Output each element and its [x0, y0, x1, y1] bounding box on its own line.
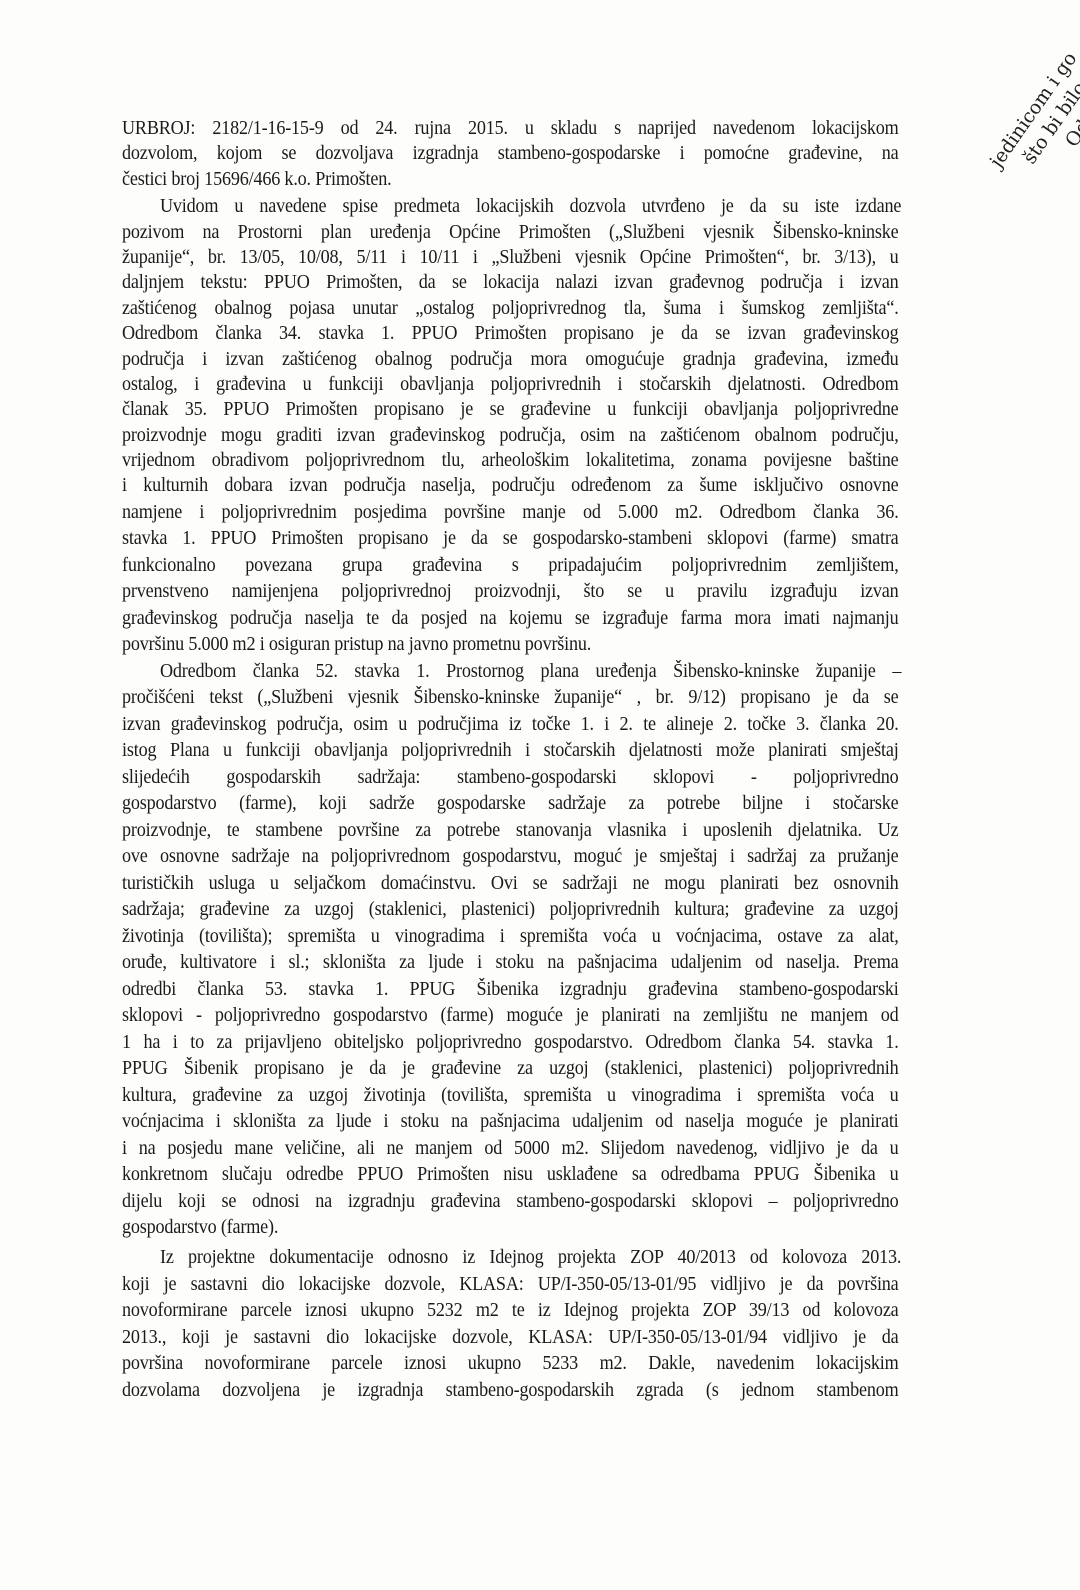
document-line: vrijednom obradivom poljoprivrednom tlu,…	[122, 450, 899, 472]
document-line: namjene i poljoprivrednim posjedima povr…	[122, 502, 899, 524]
document-line: oruđe, kultivatore i sl.; skloništa za l…	[122, 952, 899, 974]
document-line: Iz projektne dokumentacije odnosno iz Id…	[160, 1247, 901, 1269]
document-line: pozivom na Prostorni plan uređenja Općin…	[122, 222, 899, 244]
document-line: proizvodnje, te stambene površine za pot…	[122, 820, 899, 842]
document-line: proizvodnje mogu graditi izvan građevins…	[122, 425, 899, 447]
document-line: PPUG Šibenik propisano je da je građevin…	[122, 1058, 899, 1080]
document-line: voćnjacima i skloništa za ljude i stoku …	[122, 1111, 899, 1133]
document-line: članak 35. PPUO Primošten propisano je s…	[122, 399, 899, 421]
document-line: građevinskog područja naselja te da posj…	[122, 608, 899, 630]
document-line: 1 ha i to za prijavljeno obiteljsko polj…	[122, 1032, 899, 1054]
document-line: površinu 5.000 m2 i osiguran pristup na …	[122, 634, 899, 656]
document-line: kultura, građevine za uzgoj životinja (t…	[122, 1085, 899, 1107]
document-line: slijedećih gospodarskih sadržaja: stambe…	[122, 767, 899, 789]
document-line: novoformirane parcele iznosi ukupno 5232…	[122, 1300, 899, 1322]
document-line: konkretnom slučaju odredbe PPUO Primošte…	[122, 1164, 899, 1186]
document-line: URBROJ: 2182/1-16-15-9 od 24. rujna 2015…	[122, 118, 899, 140]
document-line: dozvolom, kojom se dozvoljava izgradnja …	[122, 143, 899, 165]
document-line: Odredbom članka 52. stavka 1. Prostornog…	[160, 661, 901, 683]
document-line: pročišćeni tekst („Službeni vjesnik Šibe…	[122, 687, 899, 709]
document-line: ostalog, i građevina u funkciji obavljan…	[122, 374, 899, 396]
document-line: površina novoformirane parcele iznosi uk…	[122, 1353, 899, 1375]
document-line: daljnjem tekstu: PPUO Primošten, da se l…	[122, 272, 899, 294]
document-line: dozvolama dozvoljena je izgradnja stambe…	[122, 1380, 899, 1402]
document-line: sadržaja; građevine za uzgoj (staklenici…	[122, 899, 899, 921]
document-line: prvenstveno namijenjena poljoprivrednoj …	[122, 581, 899, 603]
document-line: područja i izvan zaštićenog obalnog podr…	[122, 349, 899, 371]
document-line: životinja (tovilišta); spremišta u vinog…	[122, 926, 899, 948]
document-line: i na posjedu mane veličine, ali ne manje…	[122, 1138, 899, 1160]
document-line: Odredbom članka 34. stavka 1. PPUO Primo…	[122, 323, 899, 345]
document-line: Uvidom u navedene spise predmeta lokacij…	[160, 196, 901, 218]
document-line: stavka 1. PPUO Primošten propisano je da…	[122, 528, 899, 550]
document-line: odredbi članka 53. stavka 1. PPUG Šibeni…	[122, 979, 899, 1001]
document-line: dijelu koji se odnosi na izgradnju građe…	[122, 1191, 899, 1213]
document-line: ove osnovne sadržaje na poljoprivrednom …	[122, 846, 899, 868]
document-line: županije“, br. 13/05, 10/08, 5/11 i 10/1…	[122, 247, 899, 269]
document-line: izvan građevinskog područja, osim u podr…	[122, 714, 899, 736]
document-line: istog Plana u funkciji obavljanja poljop…	[122, 740, 899, 762]
document-line: funkcionalno povezana grupa građevina s …	[122, 555, 899, 577]
document-line: sklopovi - poljoprivredno gospodarstvo (…	[122, 1005, 899, 1027]
document-line: i kulturnih dobara izvan područja naselj…	[122, 475, 899, 497]
document-page: URBROJ: 2182/1-16-15-9 od 24. rujna 2015…	[0, 0, 1080, 1590]
document-line: turističkih usluga u seljačkom domaćinst…	[122, 873, 899, 895]
document-line: 2013., koji je sastavni dio lokacijske d…	[122, 1327, 899, 1349]
document-line: čestici broj 15696/466 k.o. Primošten.	[122, 169, 899, 191]
document-line: koji je sastavni dio lokacijske dozvole,…	[122, 1274, 899, 1296]
document-line: gospodarstvo (farme).	[122, 1217, 899, 1239]
document-line: gospodarstvo (farme), koji sadrže gospod…	[122, 793, 899, 815]
document-line: zaštićenog obalnog pojasa unutar „ostalo…	[122, 298, 899, 320]
